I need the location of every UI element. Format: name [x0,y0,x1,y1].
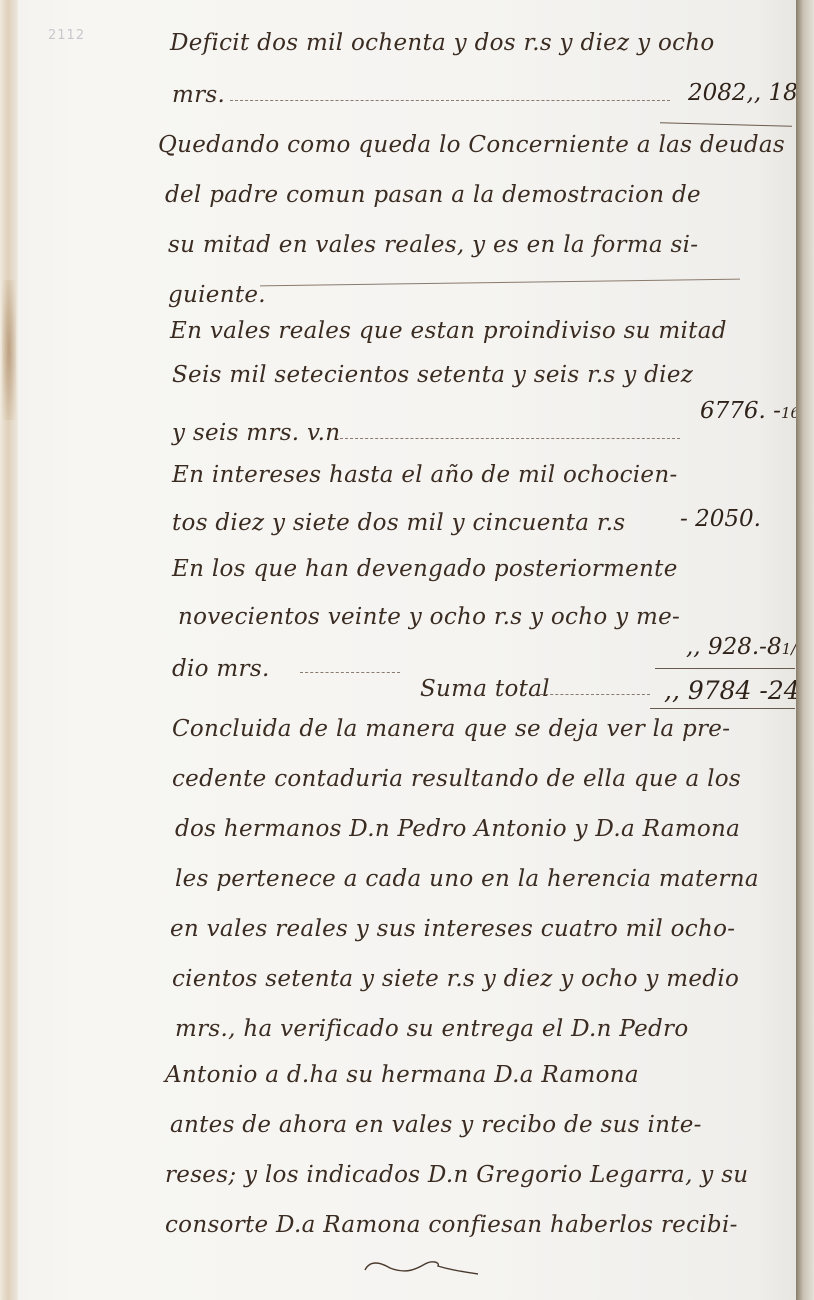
amount-vales-reales: 6776. -16 [700,398,800,424]
catchword-flourish [360,1258,480,1276]
rule-line [660,122,792,126]
text-line: novecientos veinte y ocho r.s y ocho y m… [178,604,680,630]
amount-reales: 6776 [700,398,759,424]
text-line: En los que han devengado posteriormente [172,556,678,582]
filler-dash [540,694,650,696]
text-line: les pertenece a cada uno en la herencia … [175,866,759,892]
text-line: mrs. [172,82,225,108]
text-line: Quedando como queda lo Concerniente a la… [158,132,785,158]
text-line: guiente. [168,282,266,308]
amount-reales: 2050 [695,506,754,532]
text-line: Deficit dos mil ochenta y dos r.s y diez… [170,30,715,56]
paper-stain [2,280,16,420]
text-line: del padre comun pasan a la demostracion … [165,182,701,208]
amount-reales: 9784 [688,676,752,705]
filler-line [260,279,740,287]
text-line: En vales reales que estan proindiviso su… [170,318,727,344]
amount-reales: 928 [708,634,752,660]
text-line: Concluida de la manera que se deja ver l… [172,716,730,742]
amount-reales: 2082 [688,80,747,106]
page-edge [0,0,18,1300]
text-line: mrs., ha verificado su entrega el D.n Pe… [175,1016,688,1042]
text-line: antes de ahora en vales y recibo de sus … [170,1112,702,1138]
amount-maravedis: 18 [768,80,797,106]
text-line: en vales reales y sus intereses cuatro m… [170,916,735,942]
text-line: y seis mrs. v.n [172,420,340,446]
text-line: En intereses hasta el año de mil ochocie… [172,462,678,488]
text-line: cientos setenta y siete r.s y diez y och… [172,966,739,992]
filler-dash [230,100,670,102]
filler-dash [340,438,680,440]
text-line: reses; y los indicados D.n Gregorio Lega… [165,1162,748,1188]
label-suma-total: Suma total [420,676,550,702]
text-line: cedente contaduria resultando de ella qu… [172,766,741,792]
book-spine [796,0,814,1300]
text-line: Seis mil setecientos setenta y seis r.s … [172,362,693,388]
amount-maravedis: 8 [767,634,782,660]
amount-maravedis: 24 [768,676,800,705]
amount-suma-total: ,, 9784 -241/2 [664,676,814,705]
text-line: Antonio a d.ha su hermana D.a Ramona [165,1062,639,1088]
text-line: consorte D.a Ramona confiesan haberlos r… [165,1212,738,1238]
text-line: dio mrs. [172,656,270,682]
amount-deficit: 2082,, 18 [688,80,798,106]
folio-mark: 2112 [48,28,85,43]
sum-rule-bottom [650,708,795,709]
sum-rule-top [655,668,795,669]
manuscript-page: 2112 Deficit dos mil ochenta y dos r.s y… [0,0,798,1300]
text-line: tos diez y siete dos mil y cincuenta r.s [172,510,625,536]
amount-intereses-posteriores: ,, 928.-81/2 [686,634,806,660]
filler-dash [300,672,400,674]
text-line: dos hermanos D.n Pedro Antonio y D.a Ram… [175,816,740,842]
text-line: su mitad en vales reales, y es en la for… [168,232,698,258]
amount-intereses-1817: - 2050. [680,506,761,532]
